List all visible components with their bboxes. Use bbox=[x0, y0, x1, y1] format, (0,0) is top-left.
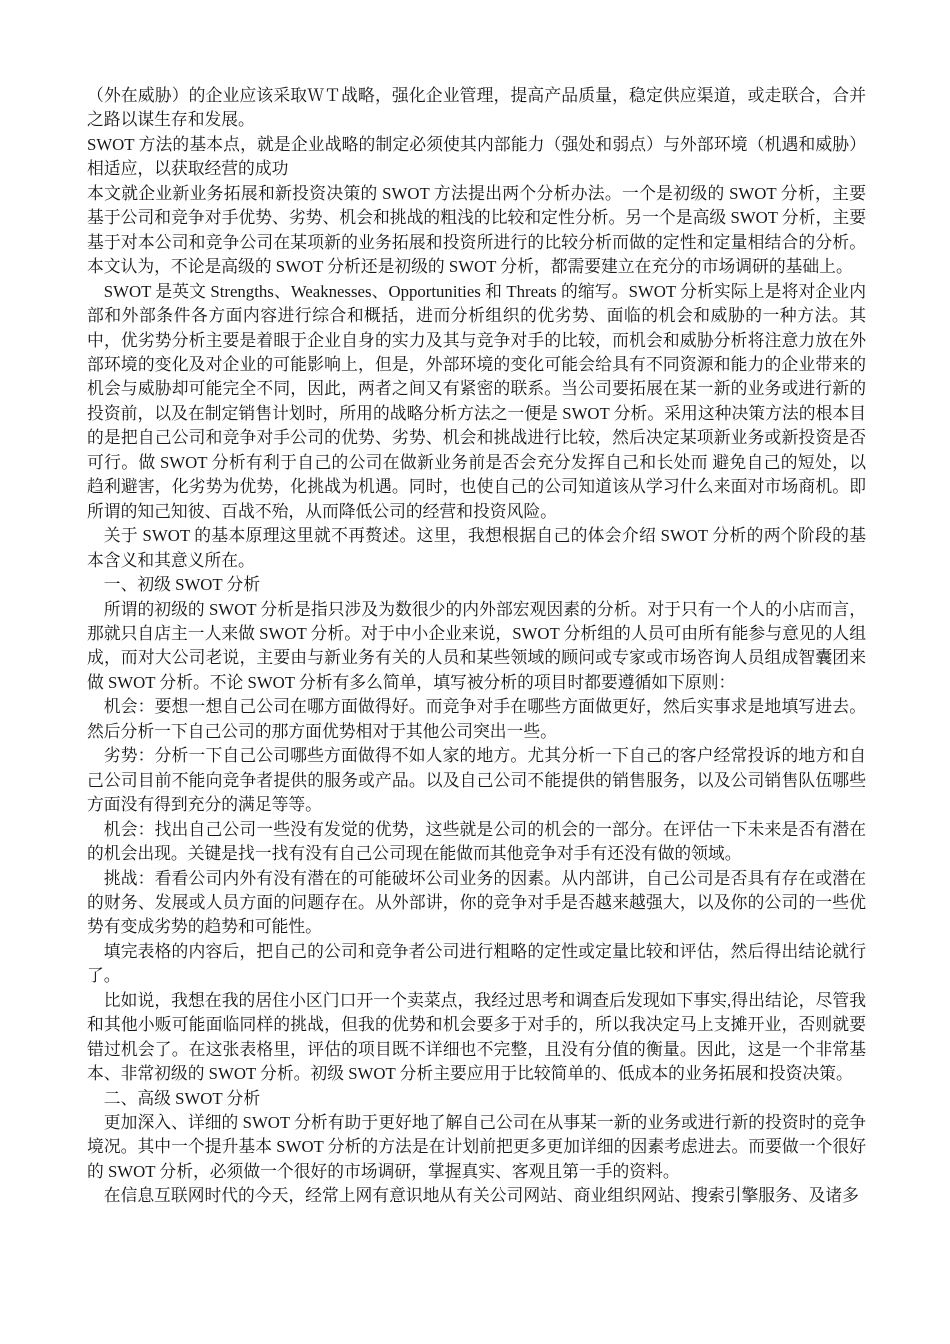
paragraph: 关于 SWOT 的基本原理这里就不再赘述。这里，我想根据自己的体会介绍 SWOT… bbox=[87, 524, 866, 573]
paragraph: 机会：找出自己公司一些没有发觉的优势，这些就是公司的机会的一部分。在评估一下未来… bbox=[87, 818, 866, 867]
paragraph: 本文就企业新业务拓展和新投资决策的 SWOT 方法提出两个分析办法。一个是初级的… bbox=[87, 182, 866, 280]
paragraph: 更加深入、详细的 SWOT 分析有助于更好地了解自己公司在从事某一新的业务或进行… bbox=[87, 1111, 866, 1184]
paragraph: 所谓的初级的 SWOT 分析是指只涉及为数很少的内外部宏观因素的分析。对于只有一… bbox=[87, 598, 866, 696]
paragraph: SWOT 方法的基本点，就是企业战略的制定必须使其内部能力（强处和弱点）与外部环… bbox=[87, 133, 866, 182]
paragraph: 机会：要想一想自己公司在哪方面做得好。而竞争对手在哪些方面做更好，然后实事求是地… bbox=[87, 695, 866, 744]
paragraph: 二、高级 SWOT 分析 bbox=[87, 1087, 866, 1111]
document-page: （外在威胁）的企业应该采取ＷＴ战略，强化企业管理，提高产品质量，稳定供应渠道，或… bbox=[87, 84, 866, 1209]
paragraph: 挑战：看看公司内外有没有潜在的可能破坏公司业务的因素。从内部讲，自己公司是否具有… bbox=[87, 867, 866, 940]
paragraph: （外在威胁）的企业应该采取ＷＴ战略，强化企业管理，提高产品质量，稳定供应渠道，或… bbox=[87, 84, 866, 133]
paragraph: 填完表格的内容后，把自己的公司和竞争者公司进行粗略的定性或定量比较和评估，然后得… bbox=[87, 940, 866, 989]
text-block: （外在威胁）的企业应该采取ＷＴ战略，强化企业管理，提高产品质量，稳定供应渠道，或… bbox=[87, 84, 866, 1209]
paragraph: 在信息互联网时代的今天，经常上网有意识地从有关公司网站、商业组织网站、搜索引擎服… bbox=[87, 1184, 866, 1208]
paragraph: 劣势：分析一下自己公司哪些方面做得不如人家的地方。尤其分析一下自己的客户经常投诉… bbox=[87, 744, 866, 817]
paragraph: SWOT 是英文 Strengths、Weaknesses、Opportunit… bbox=[87, 280, 866, 525]
paragraph: 一、初级 SWOT 分析 bbox=[87, 573, 866, 597]
paragraph: 比如说，我想在我的居住小区门口开一个卖菜点，我经过思考和调查后发现如下事实,得出… bbox=[87, 989, 866, 1087]
